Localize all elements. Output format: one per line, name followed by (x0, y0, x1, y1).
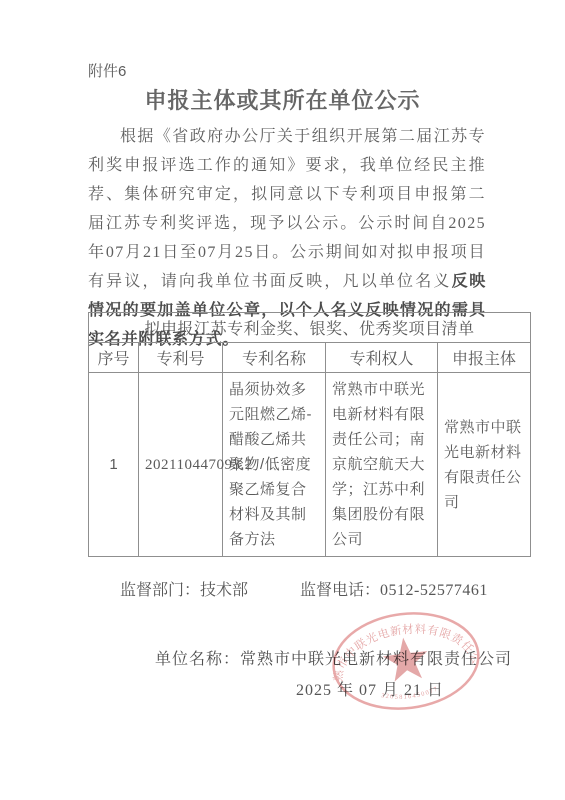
table-row: 1 202110447093.2 晶须协效多元阻燃乙烯-醋酸乙烯共聚物/低密度聚… (89, 373, 531, 557)
serial-cell: 1 (89, 373, 139, 557)
unit-value: 常熟市中联光电新材料有限责任公司 (240, 651, 512, 668)
phone-label: 监督电话： (300, 582, 380, 599)
applicant-cell: 常熟市中联光电新材料有限责任公司 (438, 373, 531, 557)
supervision-phone: 监督电话：0512-52577461 (300, 577, 488, 600)
column-header-serial: 序号 (89, 343, 139, 373)
table-title: 拟申报江苏专利金奖、银奖、优秀奖项目清单 (89, 313, 531, 343)
attachment-label: 附件6 (88, 60, 126, 81)
patent-name-cell: 晶须协效多元阻燃乙烯-醋酸乙烯共聚物/低密度聚乙烯复合材料及其制备方法 (223, 373, 326, 557)
patent-no-cell: 202110447093.2 (139, 373, 223, 557)
column-header-applicant: 申报主体 (438, 343, 531, 373)
unit-label: 单位名称： (155, 651, 240, 668)
column-header-patent-name: 专利名称 (223, 343, 326, 373)
page-title: 申报主体或其所在单位公示 (0, 84, 565, 115)
svg-text:常熟市中联光电新材料有限责任公司: 常熟市中联光电新材料有限责任公司 (321, 599, 483, 685)
date-line: 2025 年 07 月 21 日 (296, 677, 444, 700)
phone-value: 0512-52577461 (380, 582, 488, 599)
patentee-cell: 常熟市中联光电新材料有限责任公司；南京航空航天大学；江苏中利集团股份有限公司 (326, 373, 438, 557)
patent-table: 拟申报江苏专利金奖、银奖、优秀奖项目清单 序号 专利号 专利名称 专利权人 申报… (88, 312, 531, 557)
column-header-patent-no: 专利号 (139, 343, 223, 373)
dept-value: 技术部 (200, 582, 248, 599)
dept-label: 监督部门： (120, 582, 200, 599)
document-page: 附件6 申报主体或其所在单位公示 根据《省政府办公厅关于组织开展第二届江苏专利奖… (0, 0, 565, 800)
unit-name-line: 单位名称：常熟市中联光电新材料有限责任公司 (155, 646, 512, 669)
column-header-patentee: 专利权人 (326, 343, 438, 373)
seal-arc-text: 常熟市中联光电新材料有限责任公司 (321, 599, 483, 685)
supervision-dept: 监督部门：技术部 (120, 577, 248, 600)
notice-text-regular: 根据《省政府办公厅关于组织开展第二届江苏专利奖申报评选工作的通知》要求，我单位经… (88, 128, 486, 290)
